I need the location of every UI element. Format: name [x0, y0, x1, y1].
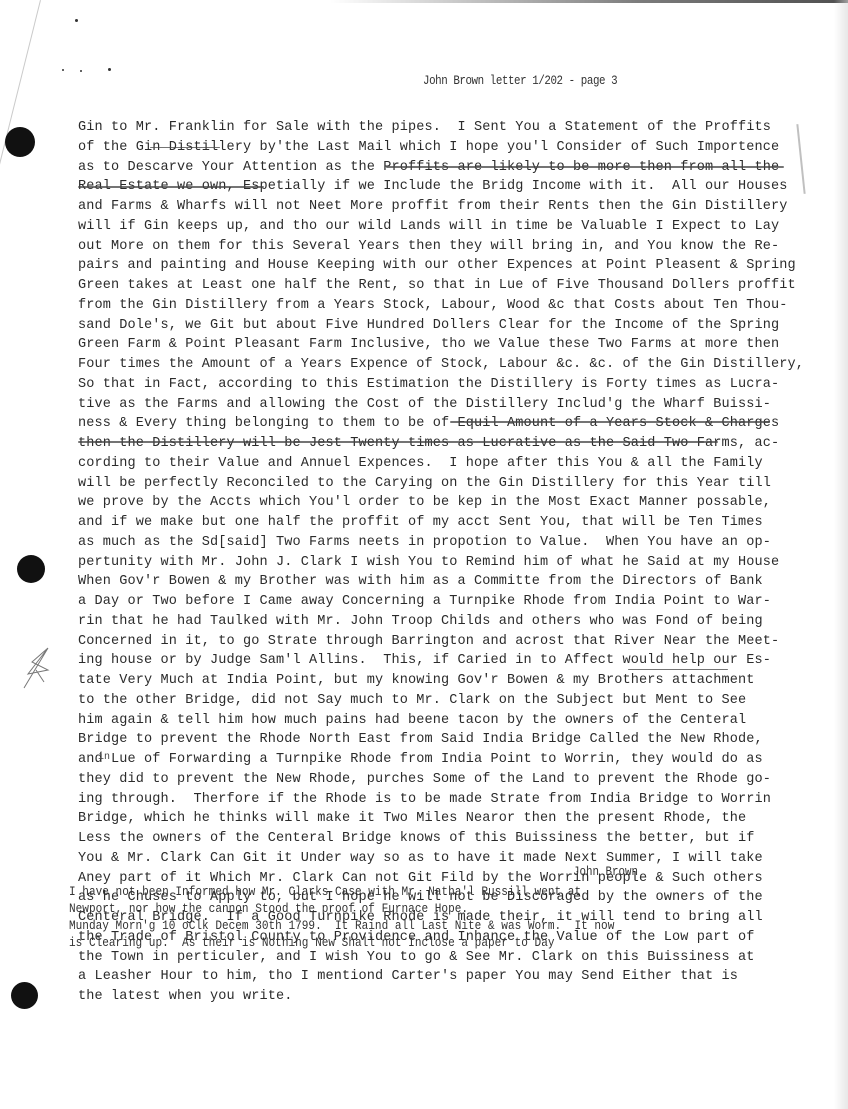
text-line: tate Very Much at India Point, but my kn… [78, 671, 838, 691]
text-line: You & Mr. Clark Can Git it Under way so … [78, 849, 838, 869]
punch-hole-middle [17, 555, 45, 583]
postscript: I have not been Informed how Mr. Clarks … [69, 884, 689, 952]
text-line: When Gov'r Bowen & my Brother was with h… [78, 572, 838, 592]
text-line: from the Gin Distillery from a Years Sto… [78, 296, 838, 316]
interlinear-insert: in [98, 752, 110, 763]
text-line: they did to prevent the New Rhode, purch… [78, 770, 838, 790]
letter-body: Gin to Mr. Franklin for Sale with the pi… [78, 118, 838, 1007]
text-line: to the other Bridge, did not Say much to… [78, 691, 838, 711]
text-line: pairs and painting and House Keeping wit… [78, 256, 838, 276]
text-line: pertunity with Mr. John J. Clark I wish … [78, 553, 838, 573]
text-line: rin that he had Taulked with Mr. John Tr… [78, 612, 838, 632]
speck [108, 68, 111, 71]
text-line: So that in Fact, according to this Estim… [78, 375, 838, 395]
underline-gin-distillery [150, 147, 220, 148]
text-line: the latest when you write. [78, 987, 838, 1007]
postscript-line: Munday Morn'g 10 oClk Decem 30th 1799. I… [69, 918, 614, 935]
underline-real-estate [78, 186, 264, 188]
text-line: Green Farm & Point Pleasant Farm Inclusi… [78, 335, 838, 355]
underline-reconciled [78, 441, 718, 443]
text-line: Bridge to prevent the Rhode North East f… [78, 730, 838, 750]
underline-they-would [628, 669, 728, 670]
text-line: out More on them for this Several Years … [78, 237, 838, 257]
underline-proffits [386, 166, 784, 168]
text-line: Less the owners of the Centeral Bridge k… [78, 829, 838, 849]
text-line: as much as the Sd[said] Two Farms neets … [78, 533, 838, 553]
text-line: and Farms & Wharfs will not Neet More pr… [78, 197, 838, 217]
text-line: sand Dole's, we Git but about Five Hundr… [78, 316, 838, 336]
speck [62, 69, 64, 71]
text-line: ness & Every thing belonging to them to … [78, 414, 838, 434]
text-line: will if Gin keeps up, and tho our wild L… [78, 217, 838, 237]
page-header: John Brown letter 1/202 - page 3 [423, 74, 617, 88]
punch-hole-top [5, 127, 35, 157]
text-line: Green takes at Least one half the Rent, … [78, 276, 838, 296]
text-line: tive as the Farms and allowing the Cost … [78, 395, 838, 415]
text-line: a Leasher Hour to him, tho I mentiond Ca… [78, 967, 838, 987]
text-line: him again & tell him how much pains had … [78, 711, 838, 731]
text-line: ing through. Therfore if the Rhode is to… [78, 790, 838, 810]
scan-top-edge [330, 0, 848, 3]
text-line: a Day or Two before I Came away Concerni… [78, 592, 838, 612]
punch-hole-bottom [11, 982, 38, 1009]
text-line: cording to their Value and Annuel Expenc… [78, 454, 838, 474]
underline-hope-family [450, 421, 770, 423]
text-line: Gin to Mr. Franklin for Sale with the pi… [78, 118, 838, 138]
postscript-line: I have not been Informed how Mr. Clarks … [69, 884, 614, 901]
speck [80, 70, 82, 72]
margin-doodle-icon [18, 640, 60, 692]
postscript-line: is Clearing up. As their is Nothing New … [69, 935, 614, 952]
text-line: Concerned in it, to go Strate through Ba… [78, 632, 838, 652]
text-line: and Lue of Forwarding a Turnpike Rhode f… [78, 750, 838, 770]
text-line: Bridge, which he thinks will make it Two… [78, 809, 838, 829]
postscript-line: Newport, nor how the cannon Stood the pr… [69, 901, 614, 918]
text-line: we prove by the Accts which You'l order … [78, 493, 838, 513]
text-line: will be perfectly Reconciled to the Cary… [78, 474, 838, 494]
signature: John Brown [573, 865, 638, 879]
speck [75, 19, 78, 22]
text-line: and if we make but one half the proffit … [78, 513, 838, 533]
text-line: Four times the Amount of a Years Expence… [78, 355, 838, 375]
text-line: then the Distillery will be Jest Twenty … [78, 434, 838, 454]
